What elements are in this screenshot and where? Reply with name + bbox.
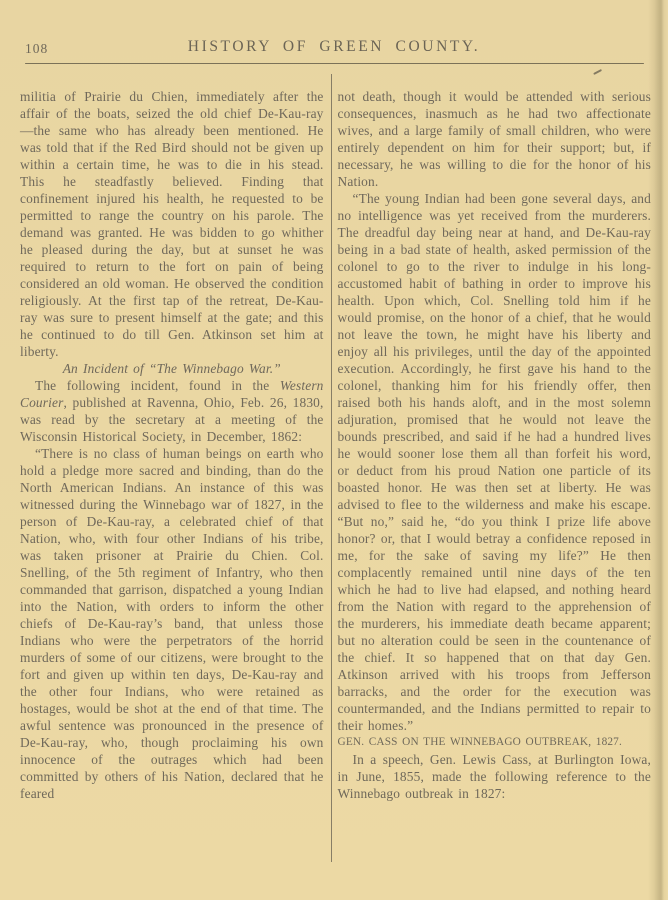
paragraph-text: The following incident, found in the xyxy=(35,378,280,393)
paragraph-militia-continuation: militia of Prairie du Chien, immediately… xyxy=(20,88,324,360)
paragraph-not-death-continuation: not death, though it would be attended w… xyxy=(338,88,651,190)
book-page-scan: 108 HISTORY OF GREEN COUNTY. militia of … xyxy=(0,0,668,900)
text-columns: militia of Prairie du Chien, immediately… xyxy=(20,88,651,802)
stray-pen-mark xyxy=(593,69,602,75)
section-heading-incident: An Incident of “The Winnebago War.” xyxy=(20,360,324,377)
section-heading-gen-cass: GEN. CASS ON THE WINNEBAGO OUTBREAK, 182… xyxy=(338,734,651,751)
right-column: not death, though it would be attended w… xyxy=(338,88,651,802)
header-rule xyxy=(25,63,644,64)
paragraph-in-a-speech: In a speech, Gen. Lewis Cass, at Burling… xyxy=(338,751,651,802)
page-edge-shadow xyxy=(648,0,668,900)
page-title: HISTORY OF GREEN COUNTY. xyxy=(0,38,668,56)
paragraph-young-indian: “The young Indian had been gone several … xyxy=(338,190,651,734)
paragraph-text: , published at Ravenna, Ohio, Feb. 26, 1… xyxy=(20,395,324,444)
left-column: militia of Prairie du Chien, immediately… xyxy=(20,88,327,802)
paragraph-following-incident: The following incident, found in the Wes… xyxy=(20,377,324,445)
paragraph-no-class-of-human-beings: “There is no class of human beings on ea… xyxy=(20,445,324,802)
